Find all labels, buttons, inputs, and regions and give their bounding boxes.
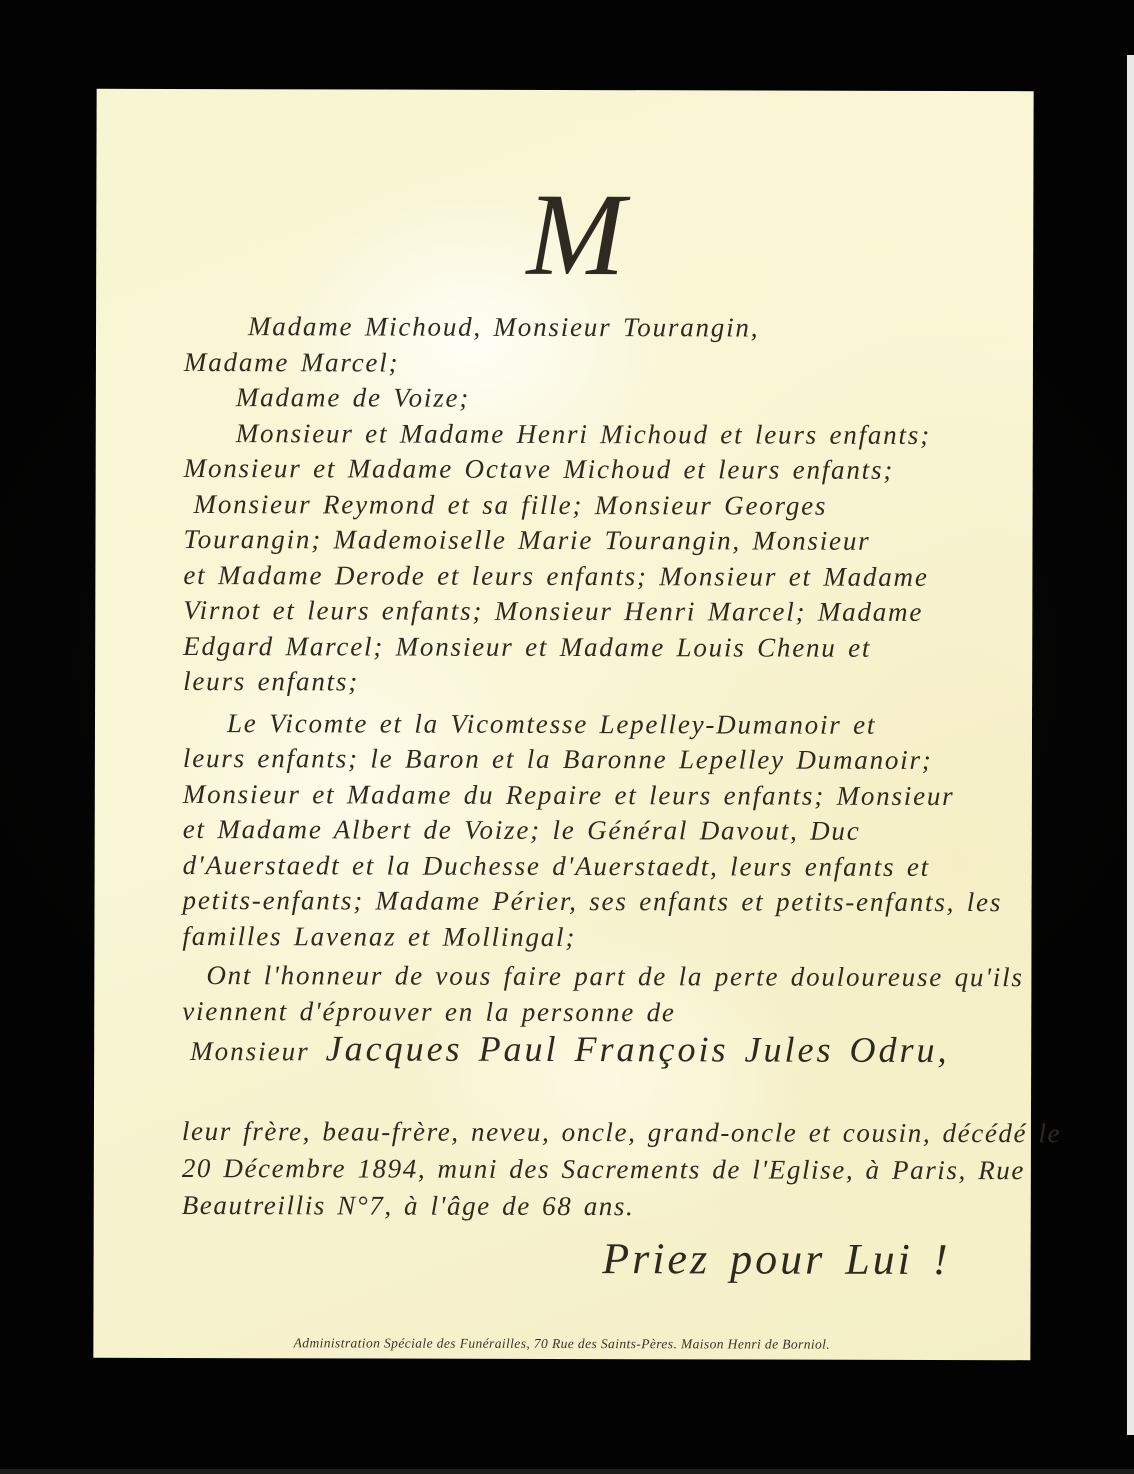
text-line: Madame de Voize;: [184, 380, 1025, 418]
family-names-paragraphs: Madame Michoud, Monsieur Tourangin, Mada…: [182, 309, 1025, 1031]
scan-edge-artifact: [1127, 55, 1134, 1435]
text-line: et Madame Albert de Voize; le Général Da…: [183, 812, 1024, 850]
text-line: Ont l'honneur de vous faire part de la p…: [182, 958, 1023, 996]
text-line: Le Vicomte et la Vicomtesse Lepelley-Dum…: [183, 706, 1024, 744]
text-line: Tourangin; Mademoiselle Marie Tourangin,…: [183, 522, 1024, 560]
text-line: petits-enfants; Madame Périer, ses enfan…: [182, 883, 1023, 921]
funeral-home-imprint: Administration Spéciale des Funérailles,…: [93, 1335, 1030, 1353]
deceased-name-line: Monsieur Jacques Paul François Jules Odr…: [190, 1025, 950, 1074]
monogram-letter: M: [108, 175, 1045, 295]
text-line: d'Auerstaedt et la Duchesse d'Auerstaedt…: [183, 848, 1024, 886]
text-line: Monsieur et Madame Henri Michoud et leur…: [184, 416, 1025, 454]
text-line: Virnot et leurs enfants; Monsieur Henri …: [183, 593, 1024, 631]
text-line: et Madame Derode et leurs enfants; Monsi…: [183, 558, 1024, 596]
text-line: Edgard Marcel; Monsieur et Madame Louis …: [183, 629, 1024, 667]
text-line: leurs enfants; le Baron et la Baronne Le…: [183, 741, 1024, 779]
text-line: Monsieur et Madame du Repaire et leurs e…: [183, 777, 1024, 815]
deceased-name: Jacques Paul François Jules Odru,: [326, 1028, 950, 1070]
text-line: familles Lavenaz et Mollingal;: [182, 919, 1023, 957]
text-line: 20 Décembre 1894, muni des Sacrements de…: [182, 1150, 1061, 1189]
deceased-title: Monsieur: [190, 1036, 310, 1066]
text-line: Monsieur et Madame Octave Michoud et leu…: [184, 451, 1025, 489]
text-line: leurs enfants;: [183, 664, 1024, 702]
text-line: leur frère, beau-frère, neveu, oncle, gr…: [182, 1113, 1061, 1152]
text-line: Monsieur Reymond et sa fille; Monsieur G…: [184, 487, 1025, 525]
text-line: Beautreillis N°7, à l'âge de 68 ans.: [182, 1187, 1061, 1226]
scan-edge-artifact-bottom: [0, 1469, 1134, 1474]
death-details-paragraph: leur frère, beau-frère, neveu, oncle, gr…: [182, 1113, 1062, 1226]
announcement-page: M Madame Michoud, Monsieur Tourangin, Ma…: [93, 89, 1033, 1360]
text-line: Madame Marcel;: [184, 345, 1025, 383]
text-line: Madame Michoud, Monsieur Tourangin,: [184, 309, 1025, 347]
prayer-line: Priez pour Lui !: [182, 1232, 989, 1285]
